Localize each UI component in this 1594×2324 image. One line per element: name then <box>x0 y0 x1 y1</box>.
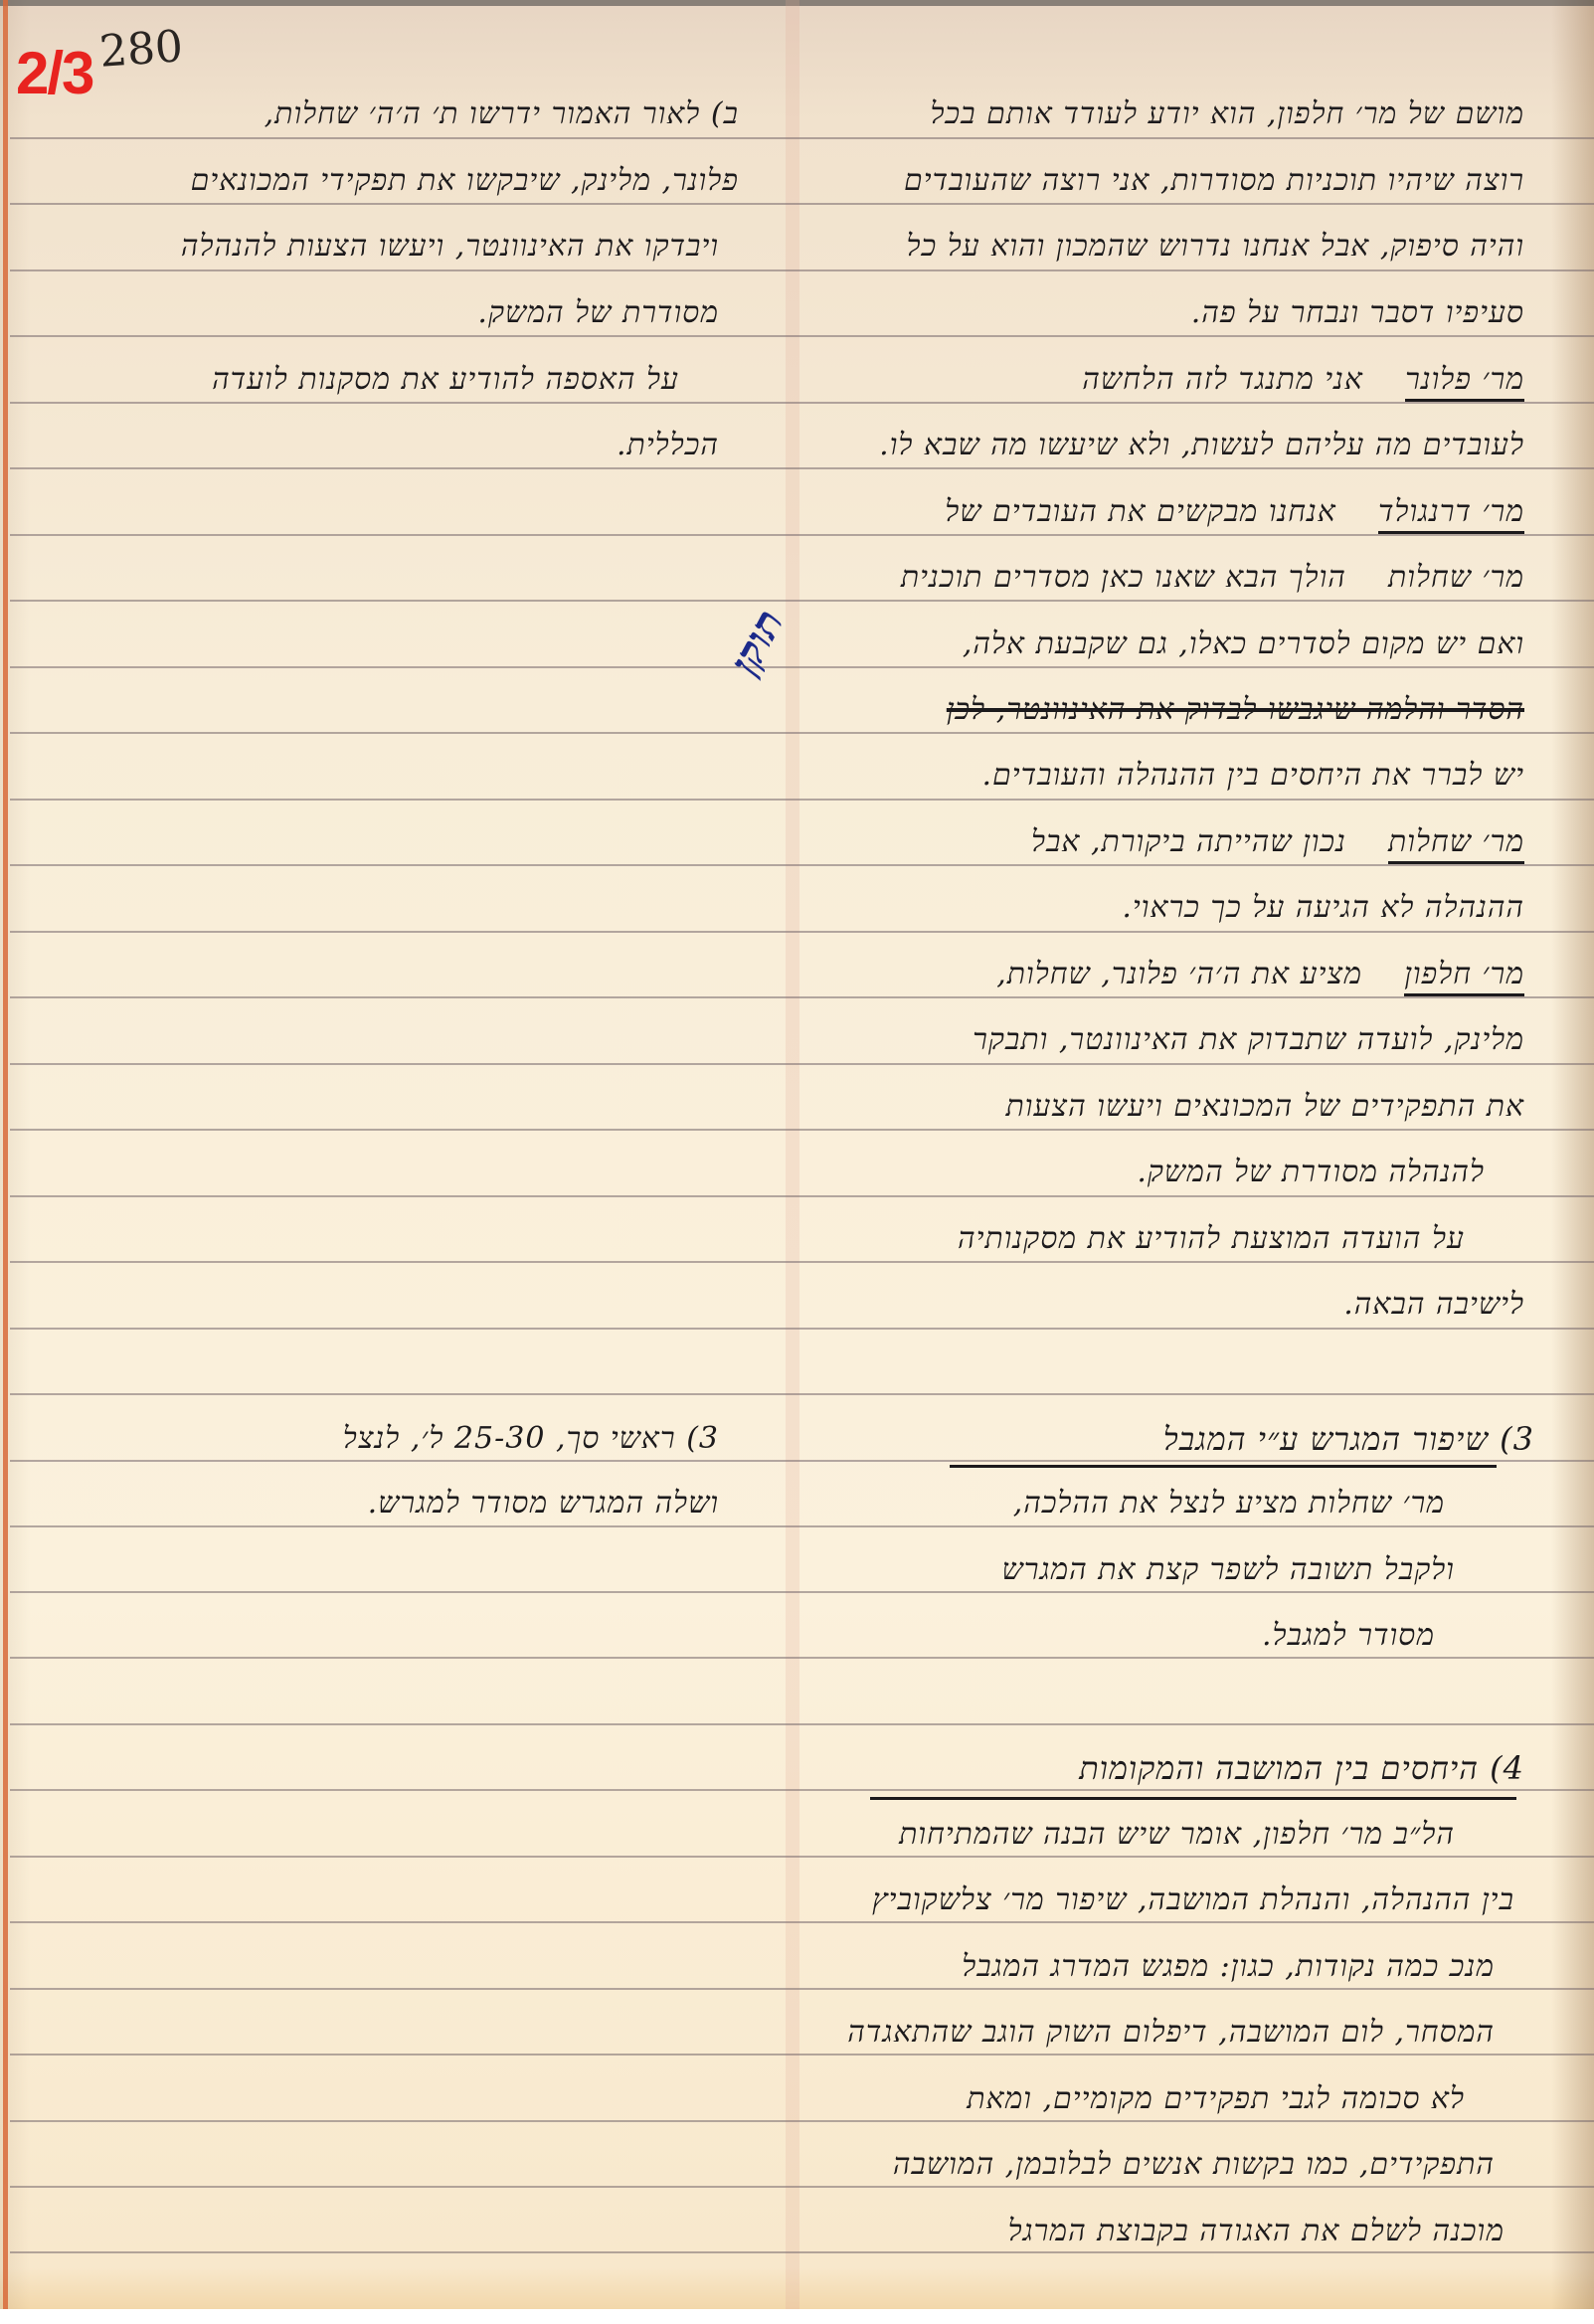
speaker-text: אנחנו מבקשים את העובדים של <box>945 494 1336 529</box>
speaker-text: הולך הבא שאנו כאן מסדרים תוכנית <box>901 560 1346 595</box>
right-line: לישיבה הבאה. <box>1343 1285 1524 1325</box>
right-line: יש לברר את היחסים בין ההנהלה והעובדים. <box>982 756 1524 796</box>
ruled-line <box>10 269 1594 271</box>
left-line: הכללית. <box>617 426 719 465</box>
ruled-line <box>10 600 1594 602</box>
speaker-line: מר׳ דרנגולד אנחנו מבקשים את העובדים של <box>945 492 1524 532</box>
ruled-line <box>10 467 1594 469</box>
ruled-line <box>10 799 1594 801</box>
right-line: מושם של מר׳ חלפון, הוא יודע לעודד אותם ב… <box>930 94 1524 134</box>
ruled-line <box>10 402 1594 404</box>
speaker-name: מר׳ חלפון <box>1404 957 1524 996</box>
speaker-name: מר׳ שחלות <box>1388 824 1524 864</box>
right-line: מסודר למגבל. <box>1262 1616 1435 1656</box>
notebook-page: 2/3 280 ב) לאור האמור ידרשו ת׳ ה׳ה׳ שחלו… <box>0 0 1594 2309</box>
ruled-line <box>10 2186 1594 2188</box>
speaker-line: מר׳ חלפון מציע את ה׳ה׳ פלונר, שחלות, <box>996 955 1524 994</box>
ruled-line <box>10 1591 1594 1593</box>
right-line: ולקבל תשובה לשפר קצת את המגרש <box>1001 1550 1455 1590</box>
right-line: לא סכומה לגבי תפקידים מקומיים, ומאת <box>967 2079 1465 2119</box>
right-line: מלינק, לועדה שתבדוק את האינוונטר, ותבקר <box>973 1020 1524 1060</box>
ruled-line <box>10 2054 1594 2056</box>
right-line: התפקידים, כמו בקשות אנשים לבלובמן, המושב… <box>893 2145 1495 2185</box>
left-line: מסודרת של המשק. <box>477 293 719 333</box>
ruled-line <box>10 2120 1594 2122</box>
speaker-name: מר׳ פלונר <box>1405 362 1524 402</box>
column-divider <box>786 0 799 2309</box>
left-section3-line: 3) ראשי סך, 25-30 ל׳, לנצל <box>343 1419 719 1459</box>
right-line: סעיפיו דסבר ונבחר על פה. <box>1191 293 1524 333</box>
speaker-text: נכון שהייתה ביקורת, אבל <box>1031 824 1346 859</box>
ruled-line <box>10 931 1594 933</box>
right-line: רוצה שיהיו תוכניות מסודרות, אני רוצה שהע… <box>904 161 1524 201</box>
right-line: ההנהלה לא הגיעה על כך כראוי. <box>1122 888 1524 928</box>
ruled-line <box>10 1921 1594 1923</box>
left-line: ב) לאור האמור ידרשו ת׳ ה׳ה׳ שחלות, <box>265 94 739 134</box>
right-line: המסחר, לום המושבה, דיפלום השוק הוגב שהתא… <box>847 2013 1495 2053</box>
right-line: הל״ב מר׳ חלפון, אומר שיש הבנה שהמתיחות <box>899 1815 1455 1855</box>
right-line: בין ההנהלה, והנהלת המושבה, שיפור מר׳ צלש… <box>872 1880 1514 1920</box>
ruled-line <box>10 732 1594 734</box>
right-line: מוכנה לשלם את האגודה בקבוצת המרגל <box>1008 2212 1505 2251</box>
right-line: והיה סיפוק, אבל אנחנו נדרוש שהמכון והוא … <box>907 227 1524 267</box>
left-line: פלונר, מלינק, שיבקשו את תפקידי המכונאים <box>191 161 739 201</box>
ruled-line <box>10 1195 1594 1197</box>
speaker-line: מר׳ שחלות נכון שהייתה ביקורת, אבל <box>1031 822 1524 862</box>
section-heading: 3) שיפור המגרש ע״י המגבל <box>1163 1419 1534 1459</box>
ruled-line <box>10 1328 1594 1330</box>
ruled-line <box>10 1063 1594 1065</box>
ruled-line <box>10 1723 1594 1725</box>
margin-annotation-blue: תוקן <box>721 602 794 682</box>
left-line: על האספה להודיע את מסקנות לועדה <box>212 360 679 400</box>
ruled-line <box>10 1856 1594 1858</box>
heading-underline <box>950 1465 1497 1468</box>
right-line: על הועדה המוצעת להודיע את מסקנותיה <box>958 1219 1465 1259</box>
speaker-text: אני מתנגד לזה הלחשה <box>1082 362 1363 397</box>
left-margin-rule <box>3 0 8 2309</box>
scan-bottom-margin <box>0 2309 1594 2324</box>
right-line: להנהלה מסודרת של המשק. <box>1137 1153 1485 1192</box>
page-number: 280 <box>98 25 185 75</box>
ruled-line <box>10 534 1594 536</box>
ruled-line <box>10 1460 1594 1462</box>
section-heading: 4) היחסים בין המושבה והמקומות <box>1079 1748 1524 1788</box>
ruled-line <box>10 2251 1594 2253</box>
archive-page-badge: 2/3 <box>16 44 92 103</box>
struck-line: הסדר והלמה שיגבשו לבדוק את האינוונטר, לכ… <box>947 690 1524 730</box>
ruled-line <box>10 1657 1594 1659</box>
ruled-line <box>10 1393 1594 1395</box>
ruled-line <box>10 1525 1594 1527</box>
ruled-line <box>10 1129 1594 1131</box>
left-section3-line: ושלה המגרש מסודר למגרש. <box>368 1484 719 1523</box>
heading-underline <box>870 1797 1516 1800</box>
right-line: לעובדים מה עליהם לעשות, ולא שיעשו מה שבא… <box>879 426 1524 465</box>
speaker-name: מר׳ דרנגולד <box>1378 494 1524 534</box>
right-line: ואם יש מקום לסדרים כאלו, גם שקבעת אלה, <box>963 625 1524 664</box>
ruled-line <box>10 1988 1594 1990</box>
ruled-line <box>10 203 1594 205</box>
ruled-line <box>10 1261 1594 1263</box>
speaker-line: מר׳ שחלות הולך הבא שאנו כאן מסדרים תוכני… <box>901 558 1524 598</box>
right-line: מנכ כמה נקודות, כגון: מפגש המדרג המגבל <box>962 1947 1495 1987</box>
ruled-line <box>10 137 1594 139</box>
right-line: מר׳ שחלות מציע לנצל את ההלכה, <box>1013 1484 1445 1523</box>
speaker-text: מציע את ה׳ה׳ פלונר, שחלות, <box>996 957 1362 991</box>
speaker-line: מר׳ פלונר אני מתנגד לזה הלחשה <box>1082 360 1524 400</box>
ruled-line <box>10 864 1594 866</box>
right-line: את התפקידים של המכונאים ויעשו הצעות <box>1005 1087 1524 1127</box>
ruled-line <box>10 1789 1594 1791</box>
ruled-line <box>10 335 1594 337</box>
speaker-name: מר׳ שחלות <box>1388 560 1524 595</box>
left-line: ויבדקו את האינוונטר, ויעשו הצעות להנהלה <box>181 227 719 267</box>
ruled-line <box>10 666 1594 668</box>
ruled-line <box>10 996 1594 998</box>
